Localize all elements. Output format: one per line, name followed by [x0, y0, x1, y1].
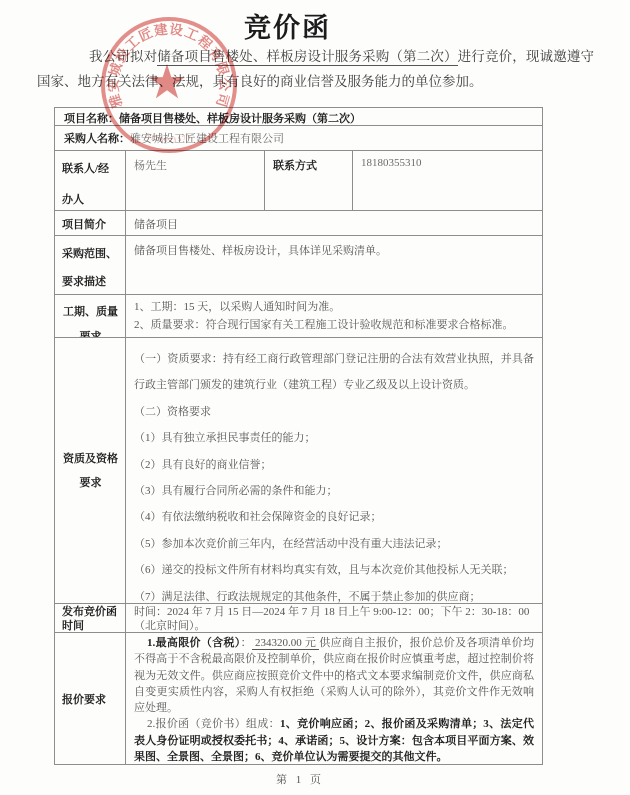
- page-title: 竞价函: [0, 6, 575, 45]
- max-price-value: 234320.00 元: [252, 637, 319, 650]
- scope-label: 采购范围、要求描述: [55, 236, 126, 294]
- page-number: 第 1 页: [0, 771, 600, 787]
- qualification-item: （一）资质要求：持有经工商行政管理部门登记注册的合法有效营业执照，并具备行政主管…: [134, 346, 534, 399]
- schedule-value: 1、工期：15 天，以采购人通知时间为准。 2、质量要求：符合现行国家有关工程施…: [126, 295, 542, 337]
- project-name-label: 项目名称：: [64, 113, 119, 125]
- quote-label: 报价要求: [55, 633, 126, 764]
- schedule-line-2: 2、质量要求：符合现行国家有关工程施工设计验收规范和标准要求合格标准。: [134, 316, 534, 334]
- qualification-value: （一）资质要求：持有经工商行政管理部门登记注册的合法有效营业执照，并具备行政主管…: [126, 338, 542, 603]
- qualification-item: （二）资格要求: [134, 399, 534, 425]
- qualification-item: （7）满足法律、行政法规规定的其他条件，不属于禁止参加的供应商；: [134, 584, 534, 604]
- quote-value: 1.最高限价（含税）： 234320.00 元 供应商自主报价，报价总价及各项清…: [126, 633, 542, 764]
- contact-name-value: 杨先生: [126, 151, 265, 210]
- table-row-brief: 项目简介 储备项目: [55, 211, 542, 236]
- table-row-scope: 采购范围、要求描述 储备项目售楼处、样板房设计，具体详见采购清单。: [55, 236, 542, 295]
- purchaser-label: 采购人名称：: [64, 133, 130, 145]
- qualification-label: 资质及资格要求: [55, 338, 126, 603]
- qualification-item: （6）递交的投标文件所有材料均真实有效，且与本次竞价其他投标人无关联；: [134, 557, 534, 583]
- table-row-schedule: 工期、质量要求 1、工期：15 天，以采购人通知时间为准。 2、质量要求：符合现…: [55, 295, 542, 338]
- table-row-publish-time: 发布竞价函时间 时间：2024 年 7 月 15 日—2024 年 7 月 18…: [55, 604, 542, 633]
- intro-underlined-project: 储备项目售楼处、样板房设计服务采购（第二次）: [157, 49, 457, 66]
- schedule-label: 工期、质量要求: [55, 295, 126, 337]
- document-page: 竞价函 我公司拟对储备项目售楼处、样板房设计服务采购（第二次）进行竞价，现诚邀遵…: [0, 0, 630, 795]
- purchaser-cell: 采购人名称：雅安城投工匠建设工程有限公司: [55, 126, 292, 150]
- publish-time-value: 时间：2024 年 7 月 15 日—2024 年 7 月 18 日上午 9:0…: [126, 604, 542, 632]
- scope-value: 储备项目售楼处、样板房设计，具体详见采购清单。: [126, 236, 542, 294]
- brief-value: 储备项目: [126, 211, 542, 235]
- project-name-value: 储备项目售楼处、样板房设计服务采购（第二次）: [119, 113, 361, 125]
- contact-method-label: 联系方式: [265, 151, 353, 210]
- qualification-item: （2）具有良好的商业信誉；: [134, 452, 534, 478]
- publish-time-label: 发布竞价函时间: [55, 604, 126, 632]
- table-row-project-name: 项目名称：储备项目售楼处、样板房设计服务采购（第二次）: [55, 108, 542, 126]
- intro-prefix: 我公司拟对: [89, 49, 157, 64]
- quote-paragraph-1: 1.最高限价（含税）： 234320.00 元 供应商自主报价，报价总价及各项清…: [134, 635, 534, 716]
- max-price-label: 1.最高限价（含税）: [147, 637, 241, 649]
- contact-label: 联系人/经办人: [55, 151, 126, 210]
- schedule-line-1: 1、工期：15 天，以采购人通知时间为准。: [134, 298, 534, 316]
- table-row-quote-requirements: 报价要求 1.最高限价（含税）： 234320.00 元 供应商自主报价，报价总…: [55, 633, 542, 764]
- table-row-contact: 联系人/经办人 杨先生 联系方式 18180355310: [55, 151, 542, 211]
- quote-paragraph-2: 2.报价函（竞价书）组成：1、竞价响应函；2、报价函及采购清单；3、法定代表人身…: [134, 716, 534, 764]
- brief-label: 项目简介: [55, 211, 126, 235]
- purchaser-value: 雅安城投工匠建设工程有限公司: [130, 133, 284, 145]
- qualification-item: （4）有依法缴纳税收和社会保障资金的良好记录；: [134, 504, 534, 530]
- qualification-item: （1）具有独立承担民事责任的能力；: [134, 425, 534, 451]
- bid-info-table: 项目名称：储备项目售楼处、样板房设计服务采购（第二次） 采购人名称：雅安城投工匠…: [54, 107, 543, 765]
- qualification-item: （5）参加本次竞价前三年内，在经营活动中没有重大违法记录；: [134, 531, 534, 557]
- contact-phone-value: 18180355310: [353, 151, 542, 210]
- qualification-item: （3）具有履行合同所必需的条件和能力；: [134, 478, 534, 504]
- project-name-cell: 项目名称：储备项目售楼处、样板房设计服务采购（第二次）: [55, 108, 369, 125]
- table-row-purchaser: 采购人名称：雅安城投工匠建设工程有限公司: [55, 126, 542, 151]
- intro-paragraph: 我公司拟对储备项目售楼处、样板房设计服务采购（第二次）进行竞价，现诚邀遵守国家、…: [37, 44, 594, 94]
- table-row-qualification: 资质及资格要求 （一）资质要求：持有经工商行政管理部门登记注册的合法有效营业执照…: [55, 338, 542, 604]
